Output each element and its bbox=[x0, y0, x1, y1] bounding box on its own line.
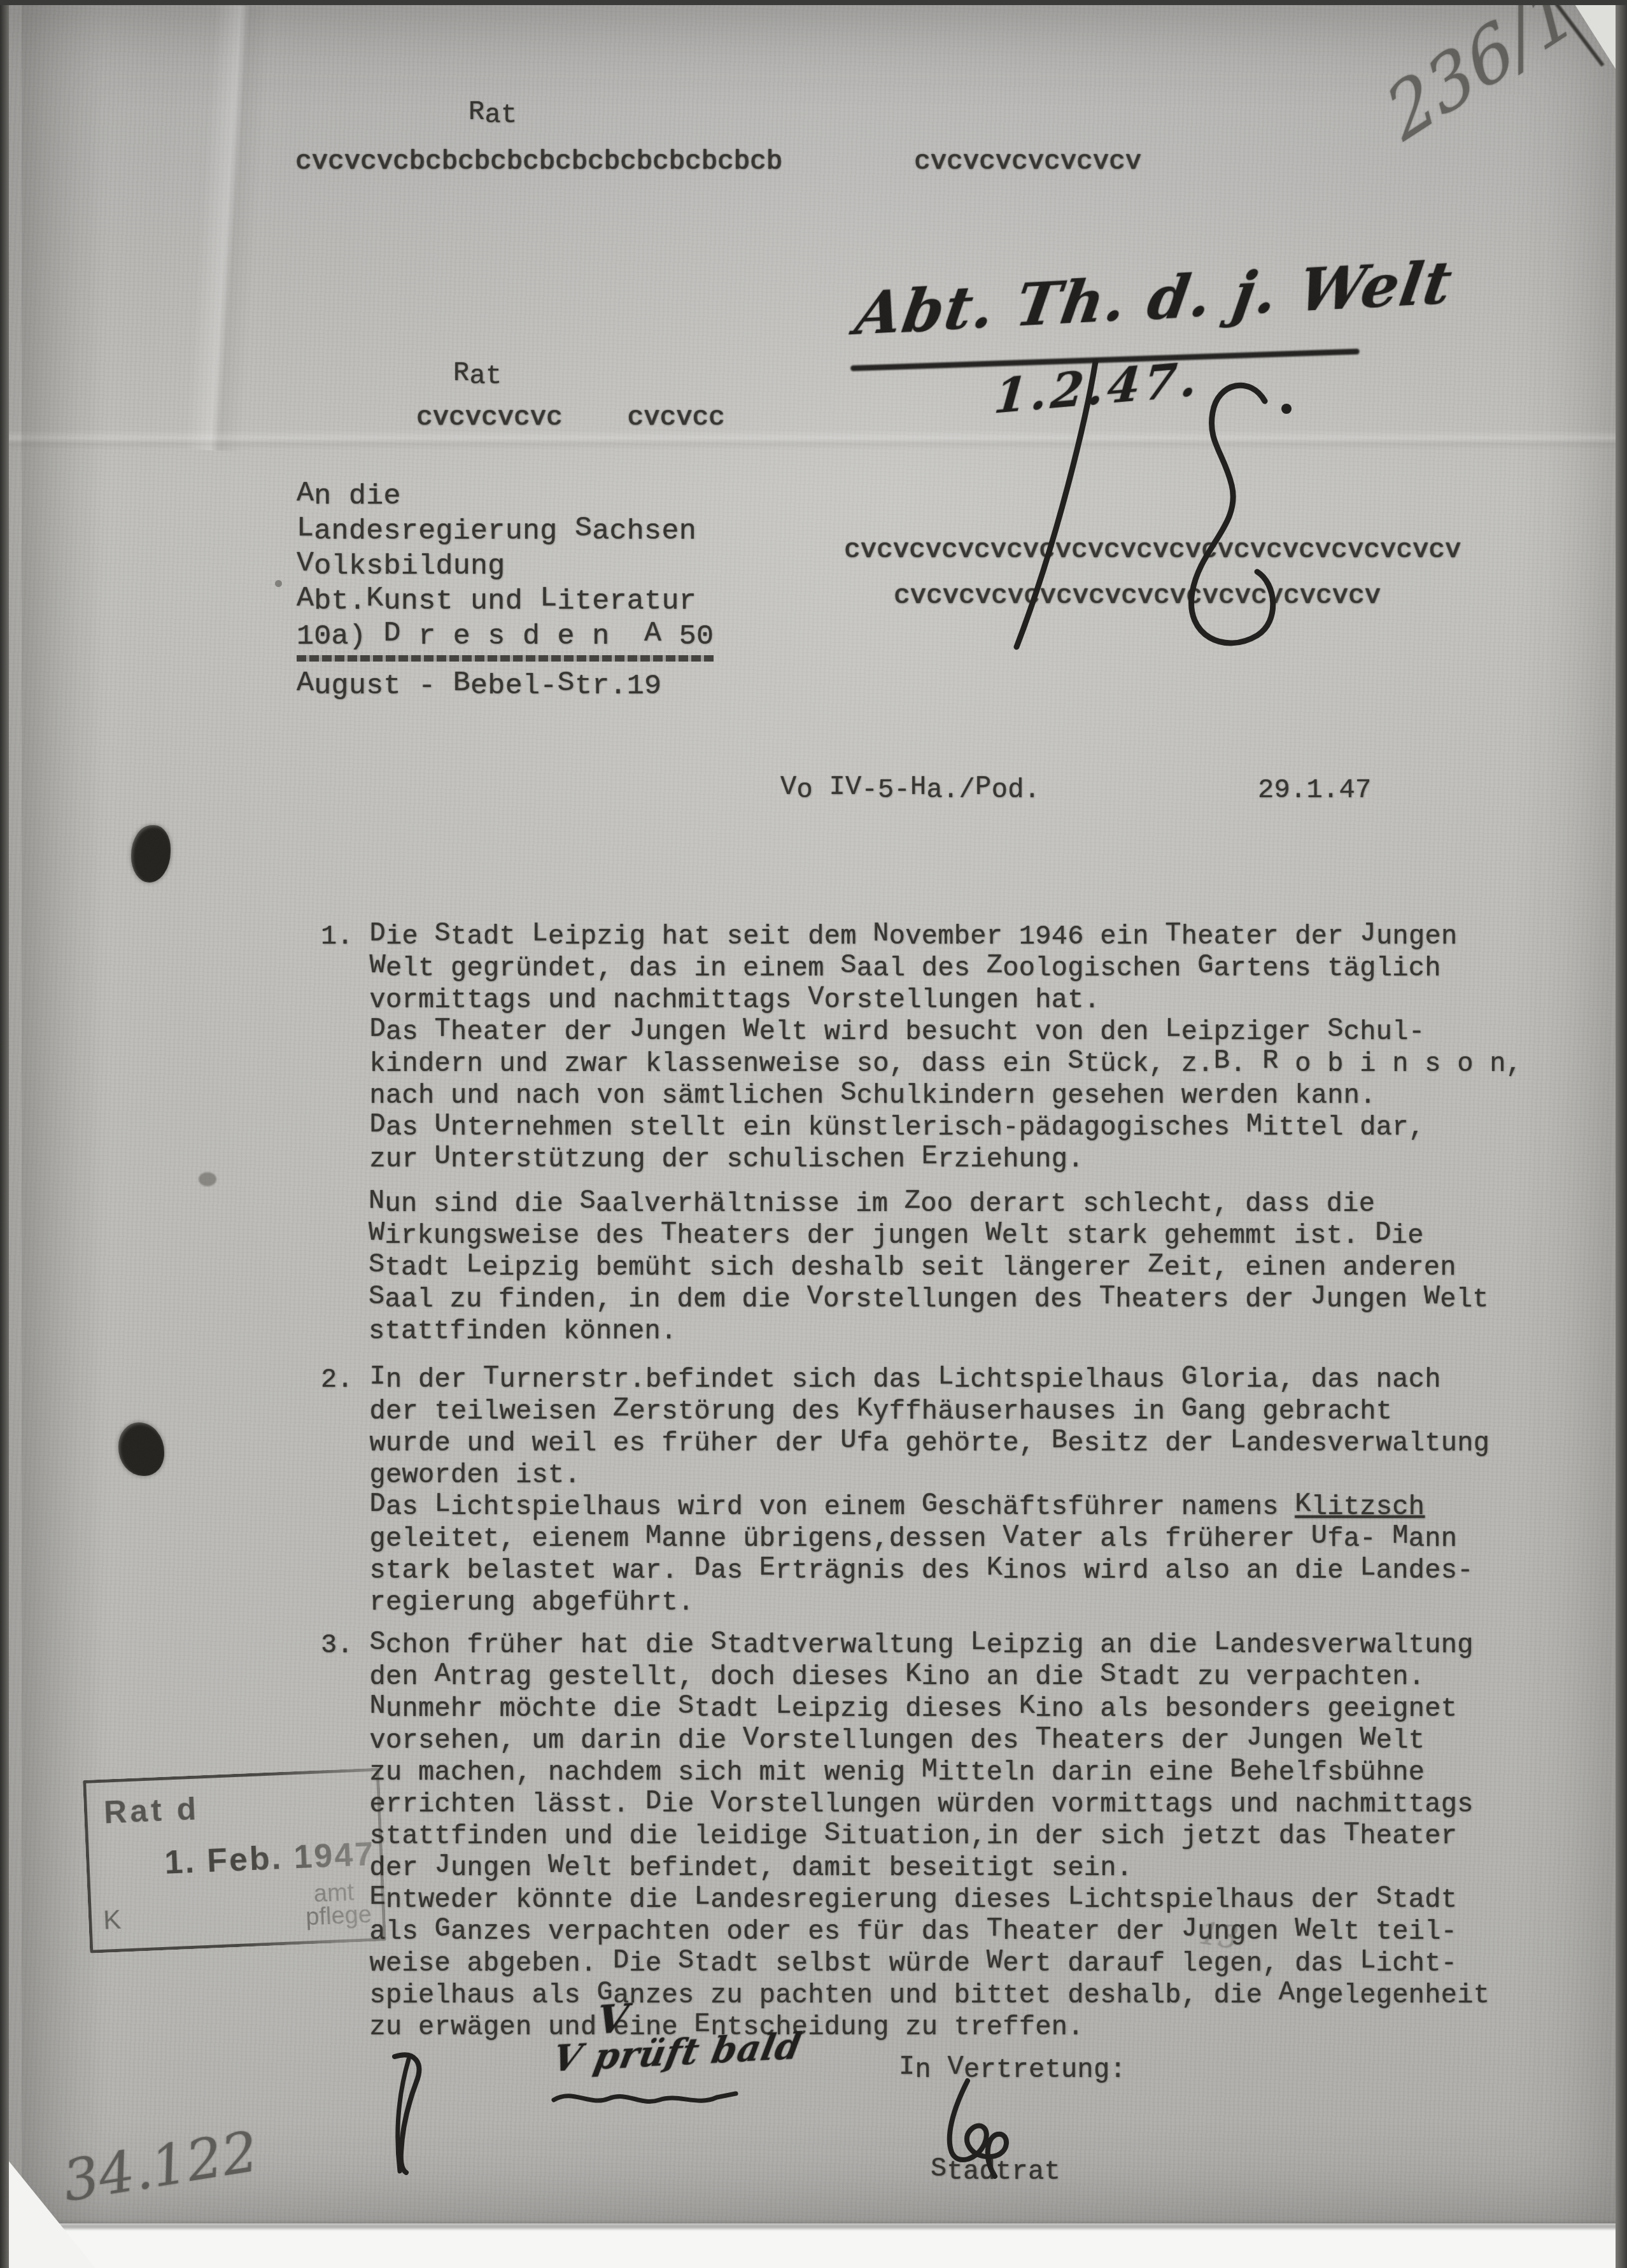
letter-date: 29.1.47 bbox=[1258, 774, 1372, 806]
margin-check-squiggle bbox=[377, 2050, 437, 2174]
edge-top bbox=[0, 0, 1627, 5]
paragraph-1b: Nun sind die Saalverhältnisse im Zoo der… bbox=[369, 1188, 1489, 1347]
fold-crease-vertical bbox=[185, 4, 273, 453]
paragraph-3: 3. Schon früher hat die Stadtverwaltung … bbox=[321, 1629, 1490, 2043]
recipient-address: An die Landesregierung Sachsen Volksbild… bbox=[297, 479, 714, 654]
scanner-bottom-strip bbox=[0, 2223, 1627, 2268]
paper-speck bbox=[275, 580, 282, 587]
punch-hole-top bbox=[131, 825, 171, 882]
scanned-letter-page: Rat cvcvcvcbcbcbcbcbcbcbcbcbcbcbcb cvcvc… bbox=[0, 0, 1627, 2268]
fold-crease-horizontal bbox=[9, 430, 1616, 450]
received-date-stamp: Rat d 1. Feb. 1947 amt K pflege bbox=[83, 1768, 386, 1953]
filler-row-1-right: cvcvcvcvcvcvcv bbox=[914, 146, 1141, 178]
paragraph-2: 2. In der Turnerstr.befindet sich das Li… bbox=[321, 1364, 1490, 1619]
pencil-archive-number: 34.122 bbox=[59, 2119, 262, 2215]
paper-spot bbox=[199, 1172, 216, 1186]
filler-row-2: cvcvcvcvc cvcvcc bbox=[416, 402, 725, 434]
stamp-date: 1. Feb. 1947 bbox=[164, 1835, 376, 1882]
paragraph-1: 1. Die Stadt Leipzig hat seit dem Novemb… bbox=[321, 921, 1522, 1175]
stamp-fragment-pflege: pflege bbox=[305, 1901, 372, 1931]
edge-right bbox=[1616, 0, 1627, 2268]
handwritten-note: Abt. Th. d. j. Welt bbox=[851, 248, 1458, 348]
punch-hole-bottom bbox=[118, 1422, 164, 1476]
filler-row-1-left: cvcvcvcbcbcbcbcbcbcbcbcbcbcbcb bbox=[295, 146, 782, 178]
edge-left bbox=[0, 0, 9, 2268]
paper: Rat cvcvcvcbcbcbcbcbcbcbcbcbcbcbcb cvcvc… bbox=[9, 5, 1616, 2223]
paper-bottom-shadow bbox=[0, 2220, 1627, 2229]
address-underline bbox=[297, 655, 714, 662]
stamp-title: Rat d bbox=[103, 1790, 200, 1831]
file-reference: Vo IV-5-Ha./Pod. bbox=[780, 774, 1040, 806]
recipient-street: August - Bebel-Str.19 bbox=[297, 669, 661, 704]
signature-stadtrat bbox=[933, 2076, 1045, 2181]
inner-rat: Rat bbox=[453, 360, 502, 392]
handwritten-paraph-flourish bbox=[999, 357, 1298, 656]
check-note-underline bbox=[550, 2086, 741, 2111]
pencil-faint-mark: 13 bbox=[1197, 1915, 1241, 1957]
stamp-fragment-k: K bbox=[102, 1904, 122, 1936]
header-rat: Rat bbox=[468, 99, 518, 131]
